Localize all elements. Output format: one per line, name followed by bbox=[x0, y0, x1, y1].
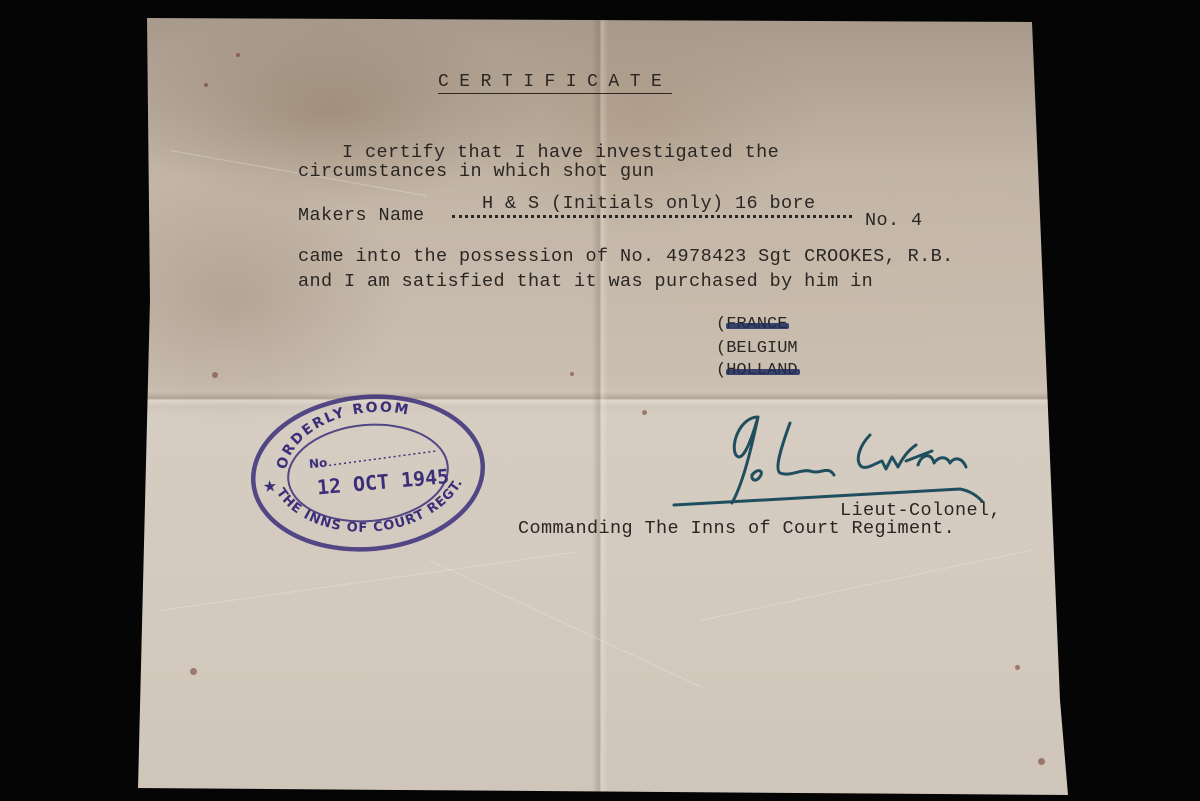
country-holland: (HOLLAND bbox=[716, 361, 798, 380]
stamp-oval-icon: ORDERLY ROOM THE INNS OF COURT REGT. ★ N… bbox=[241, 383, 494, 563]
orderly-room-stamp: ORDERLY ROOM THE INNS OF COURT REGT. ★ N… bbox=[241, 383, 494, 563]
handwritten-signature-icon bbox=[670, 405, 990, 515]
svg-text:No: No bbox=[308, 456, 327, 472]
crease bbox=[700, 549, 1033, 621]
crease bbox=[430, 560, 702, 688]
certificate-title: CERTIFICATE bbox=[438, 72, 672, 94]
stain-spot bbox=[236, 53, 240, 57]
crease bbox=[160, 552, 576, 611]
signatory-position: Commanding The Inns of Court Regiment. bbox=[518, 518, 955, 539]
svg-text:12 OCT 1945: 12 OCT 1945 bbox=[316, 464, 450, 499]
gun-number: No. 4 bbox=[865, 210, 923, 231]
stain-spot bbox=[190, 668, 197, 675]
stain-spot bbox=[1015, 665, 1020, 670]
country-belgium: (BELGIUM bbox=[716, 339, 798, 358]
certificate-paper: CERTIFICATE I certify that I have invest… bbox=[0, 0, 1200, 801]
stain-spot bbox=[204, 83, 208, 87]
stain-spot bbox=[1038, 758, 1045, 765]
makers-name-value: H & S (Initials only) 16 bore bbox=[482, 193, 816, 214]
vertical-fold bbox=[592, 20, 608, 795]
stain-spot bbox=[212, 372, 218, 378]
signature bbox=[670, 405, 990, 515]
country-france: (FRANCE bbox=[716, 315, 787, 334]
possession-line: came into the possession of No. 4978423 … bbox=[298, 246, 954, 267]
stain-spot bbox=[570, 372, 574, 376]
svg-text:★: ★ bbox=[262, 476, 278, 496]
satisfied-line: and I am satisfied that it was purchased… bbox=[298, 271, 873, 292]
svg-text:ORDERLY ROOM: ORDERLY ROOM bbox=[269, 396, 416, 472]
intro-line-2: circumstances in which shot gun bbox=[298, 161, 655, 182]
stain-spot bbox=[642, 410, 647, 415]
intro-line-1: I certify that I have investigated the bbox=[296, 142, 779, 163]
makers-name-dotted-line bbox=[452, 215, 852, 218]
makers-name-label: Makers Name bbox=[298, 205, 425, 226]
